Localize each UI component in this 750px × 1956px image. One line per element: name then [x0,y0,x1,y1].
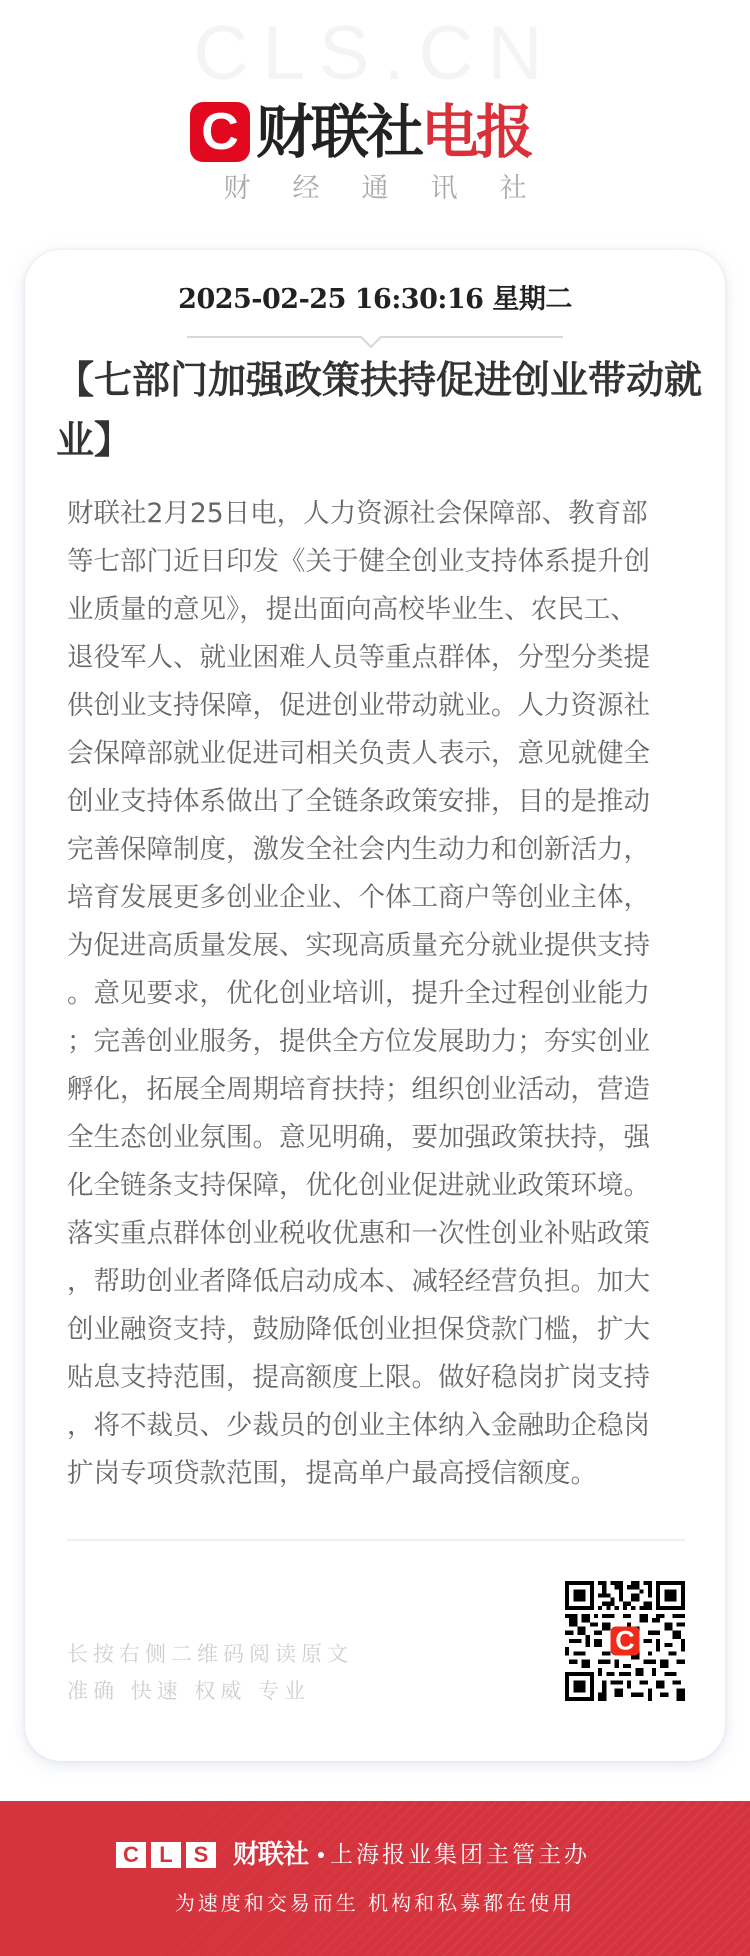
body-line: 会保障部就业促进司相关负责人表示，意见就健全 [67,730,687,778]
cls-letter-s: S [186,1842,216,1868]
article-body: 财联社2月25日电，人力资源社会保障部、教育部 等七部门近日印发《关于健全创业支… [67,490,687,1498]
article-title: 【七部门加强政策扶持促进创业带动就业】 [56,350,706,470]
body-line: 业质量的意见》，提出面向高校毕业生、农民工、 [67,586,687,634]
body-line: ，将不裁员、少裁员的创业主体纳入金融助企稳岗 [67,1402,687,1450]
body-line: 孵化，拓展全周期培育扶持；组织创业活动，营造 [67,1066,687,1114]
body-line: 为促进高质量发展、实现高质量充分就业提供支持 [67,922,687,970]
brand-logo: C 财联社 电报 [190,101,531,163]
body-line: 培育发展更多创业企业、个体工商户等创业主体， [67,874,687,922]
body-line: 等七部门近日印发《关于健全创业支持体系提升创 [67,538,687,586]
dot-separator-icon [318,1852,324,1858]
body-line: 贴息支持范围，提高额度上限。做好稳岗扩岗支持 [67,1354,687,1402]
brand-tag: 电报 [421,101,531,163]
watermark-cls-cn: CLS.CN [0,14,750,94]
cls-c-logo-icon: C [190,102,250,162]
body-line: 落实重点群体创业税收优惠和一次性创业补贴政策 [67,1210,687,1258]
brand-name: 财联社 [256,101,421,163]
body-line: 供创业支持保障，促进创业带动就业。人力资源社 [67,682,687,730]
body-line: ，帮助创业者降低启动成本、减轻经营负担。加大 [67,1258,687,1306]
publisher-footer: C L S 财联社 上海报业集团主管主办 为速度和交易而生 机构和私募都在使用 [0,1801,750,1956]
body-line: 退役军人、就业困难人员等重点群体，分型分类提 [67,634,687,682]
body-line: 财联社2月25日电，人力资源社会保障部、教育部 [67,490,687,538]
news-card: 2025-02-25 16:30:16 星期二 【七部门加强政策扶持促进创业带动… [25,250,725,1761]
body-line: ；完善创业服务，提供全方位发展助力；夯实创业 [67,1018,687,1066]
publish-datetime: 2025-02-25 16:30:16 星期二 [25,280,725,320]
qr-code-icon[interactable]: C [565,1581,685,1701]
body-line: 化全链条支持保障，优化创业促进就业政策环境。 [67,1162,687,1210]
slogan: 准确 快速 权威 专业 [67,1673,353,1710]
card-footer-text: 长按右侧二维码阅读原文 准确 快速 权威 专业 [67,1636,353,1710]
publisher-tagline: 为速度和交易而生 机构和私募都在使用 [0,1889,750,1917]
body-line: 创业融资支持，鼓励降低创业担保贷款门槛，扩大 [67,1306,687,1354]
date-divider-notch-icon [360,326,383,349]
cls-letter-c: C [116,1842,146,1868]
brand-subtitle: 财经通讯社 [0,172,750,206]
cls-letter-l: L [151,1842,181,1868]
card-separator [67,1539,685,1541]
body-line: 创业支持体系做出了全链条政策安排，目的是推动 [67,778,687,826]
body-line: 。意见要求，优化创业培训，提升全过程创业能力 [67,970,687,1018]
publisher-line: C L S 财联社 上海报业集团主管主办 [116,1842,590,1868]
body-line: 完善保障制度，激发全社会内生动力和创新活力， [67,826,687,874]
publisher-org: 上海报业集团主管主办 [330,1840,590,1870]
publisher-name: 财联社 [233,1840,308,1870]
svg-text:C: C [615,1626,634,1656]
qr-hint: 长按右侧二维码阅读原文 [67,1636,353,1673]
body-line: 扩岗专项贷款范围，提高单户最高授信额度。 [67,1450,687,1498]
body-line: 全生态创业氛围。意见明确，要加强政策扶持，强 [67,1114,687,1162]
